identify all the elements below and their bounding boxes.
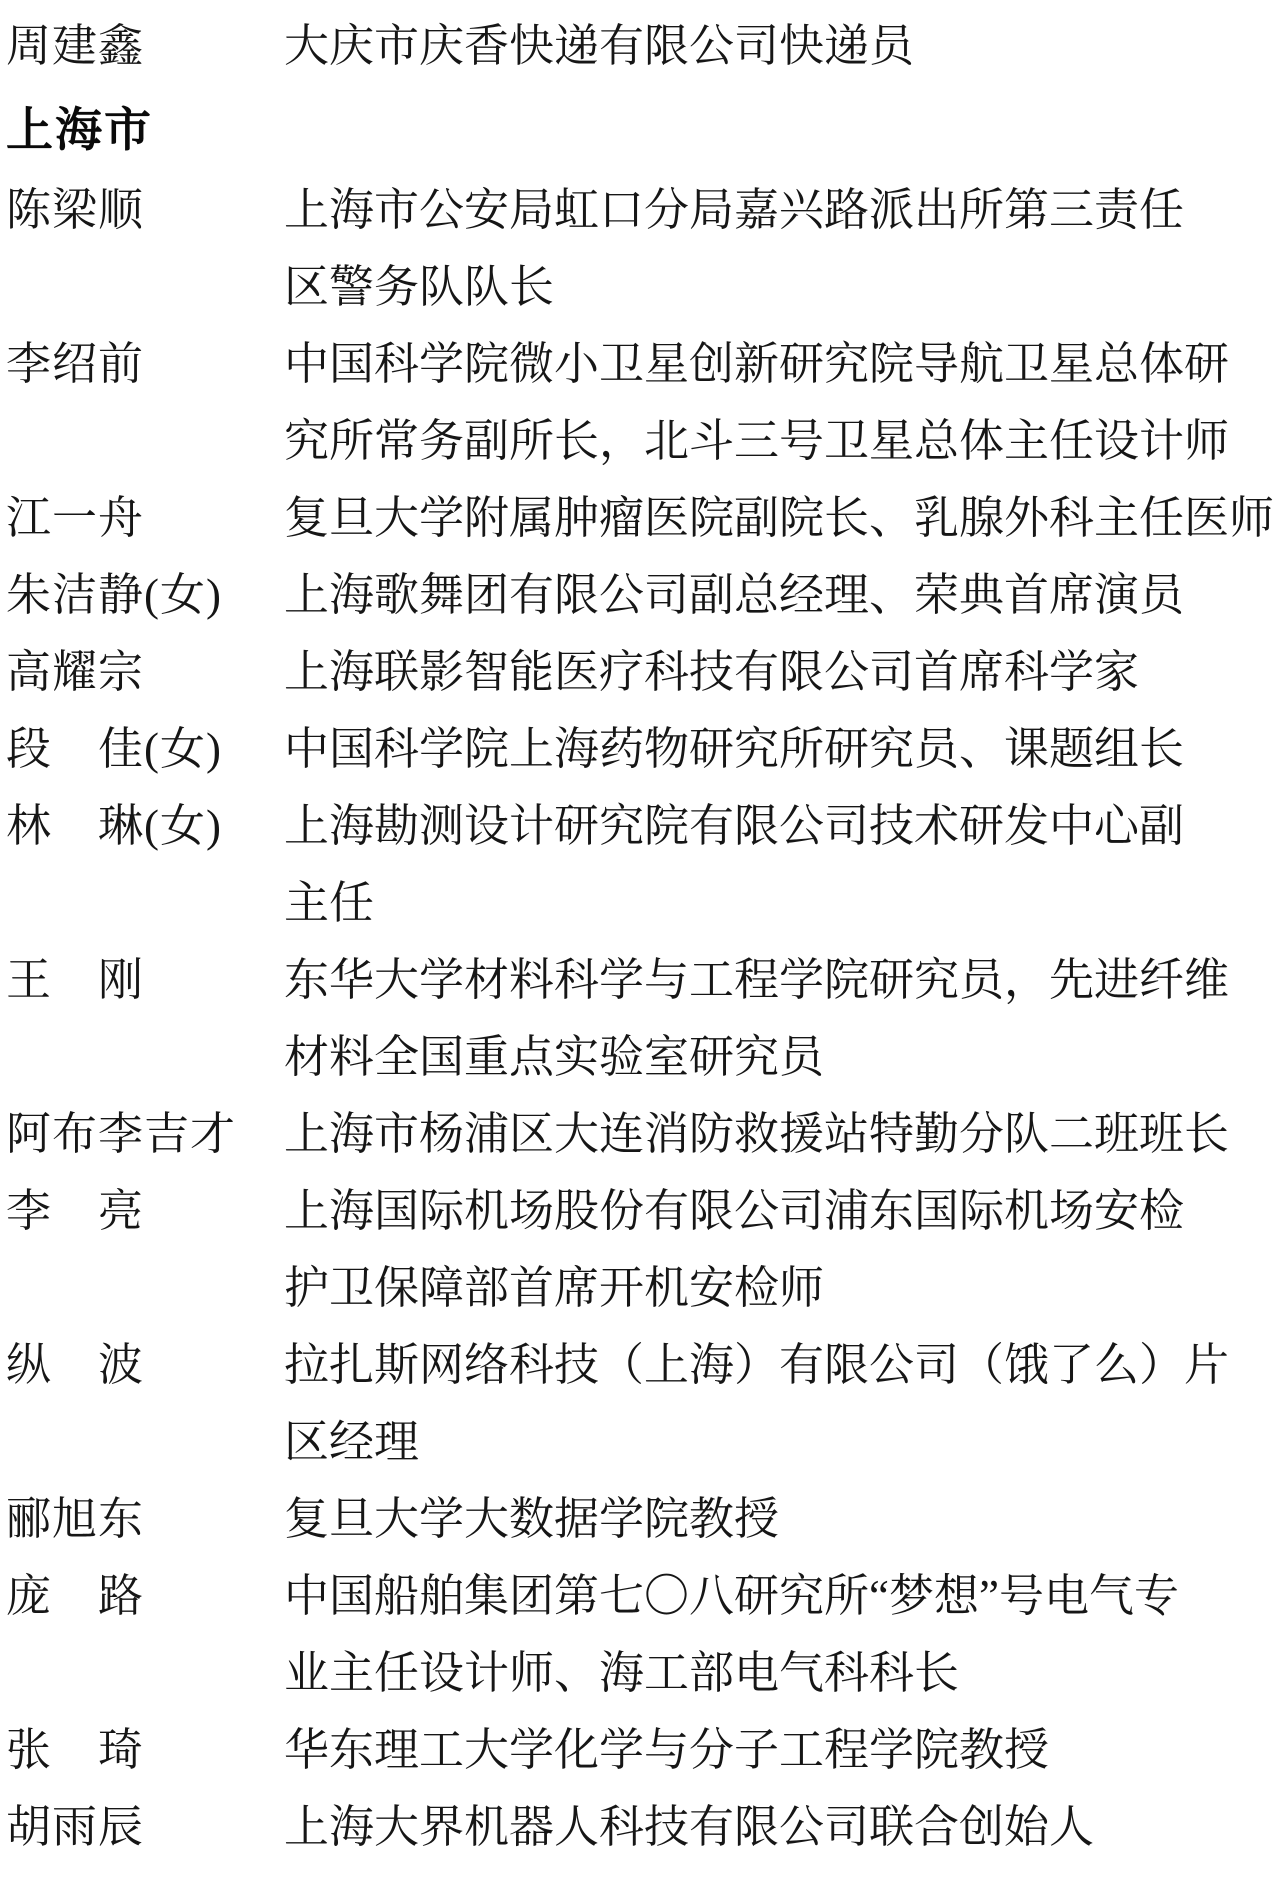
person-name: 胡雨辰	[6, 1789, 284, 1866]
person-title-line: 究所常务副所长，北斗三号卫星总体主任设计师	[284, 403, 1272, 480]
person-title-line: 上海联影智能医疗科技有限公司首席科学家	[284, 634, 1272, 711]
list-item: 李 亮上海国际机场股份有限公司浦东国际机场安检护卫保障部首席开机安检师	[6, 1173, 1272, 1327]
person-title-line: 上海国际机场股份有限公司浦东国际机场安检	[284, 1173, 1272, 1250]
person-title: 复旦大学附属肿瘤医院副院长、乳腺外科主任医师	[284, 480, 1272, 557]
person-title-line: 大庆市庆香快递有限公司快递员	[284, 8, 1272, 85]
person-title-line: 中国科学院上海药物研究所研究员、课题组长	[284, 711, 1272, 788]
person-title-line: 中国科学院微小卫星创新研究院导航卫星总体研	[284, 326, 1272, 403]
person-name: 李绍前	[6, 326, 284, 403]
person-title-line: 上海市公安局虹口分局嘉兴路派出所第三责任	[284, 172, 1272, 249]
list-item: 张 琦华东理工大学化学与分子工程学院教授	[6, 1712, 1272, 1789]
person-title-line: 区经理	[284, 1404, 1272, 1481]
list-item: 庞 路中国船舶集团第七〇八研究所“梦想”号电气专业主任设计师、海工部电气科科长	[6, 1558, 1272, 1712]
person-name: 纵 波	[6, 1327, 284, 1404]
person-title-line: 上海市杨浦区大连消防救援站特勤分队二班班长	[284, 1096, 1272, 1173]
person-name: 王 刚	[6, 942, 284, 1019]
list-item: 高耀宗上海联影智能医疗科技有限公司首席科学家	[6, 634, 1272, 711]
list-item: 陈梁顺上海市公安局虹口分局嘉兴路派出所第三责任区警务队队长	[6, 172, 1272, 326]
person-title: 上海市杨浦区大连消防救援站特勤分队二班班长	[284, 1096, 1272, 1173]
person-name: 陈梁顺	[6, 172, 284, 249]
person-title-line: 区警务队队长	[284, 249, 1272, 326]
person-name: 阿布李吉才	[6, 1096, 284, 1173]
person-name: 高耀宗	[6, 634, 284, 711]
person-name: 李 亮	[6, 1173, 284, 1250]
person-title: 中国科学院微小卫星创新研究院导航卫星总体研究所常务副所长，北斗三号卫星总体主任设…	[284, 326, 1272, 480]
person-name: 庞 路	[6, 1558, 284, 1635]
person-title: 上海大界机器人科技有限公司联合创始人	[284, 1789, 1272, 1866]
person-title: 华东理工大学化学与分子工程学院教授	[284, 1712, 1272, 1789]
person-name: 周建鑫	[6, 8, 284, 85]
person-title-line: 上海勘测设计研究院有限公司技术研发中心副	[284, 788, 1272, 865]
list-item: 林 琳(女)上海勘测设计研究院有限公司技术研发中心副主任	[6, 788, 1272, 942]
list-item: 郦旭东复旦大学大数据学院教授	[6, 1481, 1272, 1558]
list-item: 周建鑫大庆市庆香快递有限公司快递员	[6, 8, 1272, 85]
person-title-line: 复旦大学附属肿瘤医院副院长、乳腺外科主任医师	[284, 480, 1272, 557]
person-title-line: 主任	[284, 865, 1272, 942]
list-item: 纵 波拉扎斯网络科技（上海）有限公司（饿了么）片区经理	[6, 1327, 1272, 1481]
list-item: 朱洁静(女)上海歌舞团有限公司副总经理、荣典首席演员	[6, 557, 1272, 634]
list-item: 江一舟复旦大学附属肿瘤医院副院长、乳腺外科主任医师	[6, 480, 1272, 557]
person-title-line: 上海歌舞团有限公司副总经理、荣典首席演员	[284, 557, 1272, 634]
person-title: 大庆市庆香快递有限公司快递员	[284, 8, 1272, 85]
person-title-line: 护卫保障部首席开机安检师	[284, 1250, 1272, 1327]
person-title-line: 东华大学材料科学与工程学院研究员，先进纤维	[284, 942, 1272, 1019]
section-header: 上海市	[6, 91, 1272, 168]
person-title-line: 上海大界机器人科技有限公司联合创始人	[284, 1789, 1272, 1866]
list-item: 王 刚东华大学材料科学与工程学院研究员，先进纤维材料全国重点实验室研究员	[6, 942, 1272, 1096]
list-item: 胡雨辰上海大界机器人科技有限公司联合创始人	[6, 1789, 1272, 1866]
list-item: 阿布李吉才上海市杨浦区大连消防救援站特勤分队二班班长	[6, 1096, 1272, 1173]
person-title: 上海联影智能医疗科技有限公司首席科学家	[284, 634, 1272, 711]
person-name: 朱洁静(女)	[6, 557, 284, 634]
person-title: 中国科学院上海药物研究所研究员、课题组长	[284, 711, 1272, 788]
person-name: 段 佳(女)	[6, 711, 284, 788]
person-title-line: 业主任设计师、海工部电气科科长	[284, 1635, 1272, 1712]
person-name: 张 琦	[6, 1712, 284, 1789]
person-title: 上海国际机场股份有限公司浦东国际机场安检护卫保障部首席开机安检师	[284, 1173, 1272, 1327]
person-title-line: 复旦大学大数据学院教授	[284, 1481, 1272, 1558]
list-item: 李绍前中国科学院微小卫星创新研究院导航卫星总体研究所常务副所长，北斗三号卫星总体…	[6, 326, 1272, 480]
roster-list: 周建鑫大庆市庆香快递有限公司快递员上海市陈梁顺上海市公安局虹口分局嘉兴路派出所第…	[6, 8, 1272, 1866]
person-name: 江一舟	[6, 480, 284, 557]
person-title: 复旦大学大数据学院教授	[284, 1481, 1272, 1558]
person-title: 上海勘测设计研究院有限公司技术研发中心副主任	[284, 788, 1272, 942]
person-title: 东华大学材料科学与工程学院研究员，先进纤维材料全国重点实验室研究员	[284, 942, 1272, 1096]
person-title: 上海市公安局虹口分局嘉兴路派出所第三责任区警务队队长	[284, 172, 1272, 326]
person-title-line: 材料全国重点实验室研究员	[284, 1019, 1272, 1096]
person-title-line: 中国船舶集团第七〇八研究所“梦想”号电气专	[284, 1558, 1272, 1635]
person-title-line: 拉扎斯网络科技（上海）有限公司（饿了么）片	[284, 1327, 1272, 1404]
person-title: 拉扎斯网络科技（上海）有限公司（饿了么）片区经理	[284, 1327, 1272, 1481]
person-name: 郦旭东	[6, 1481, 284, 1558]
person-name: 林 琳(女)	[6, 788, 284, 865]
person-title-line: 华东理工大学化学与分子工程学院教授	[284, 1712, 1272, 1789]
list-item: 段 佳(女)中国科学院上海药物研究所研究员、课题组长	[6, 711, 1272, 788]
document-page: 周建鑫大庆市庆香快递有限公司快递员上海市陈梁顺上海市公安局虹口分局嘉兴路派出所第…	[0, 0, 1280, 1866]
person-title: 中国船舶集团第七〇八研究所“梦想”号电气专业主任设计师、海工部电气科科长	[284, 1558, 1272, 1712]
person-title: 上海歌舞团有限公司副总经理、荣典首席演员	[284, 557, 1272, 634]
